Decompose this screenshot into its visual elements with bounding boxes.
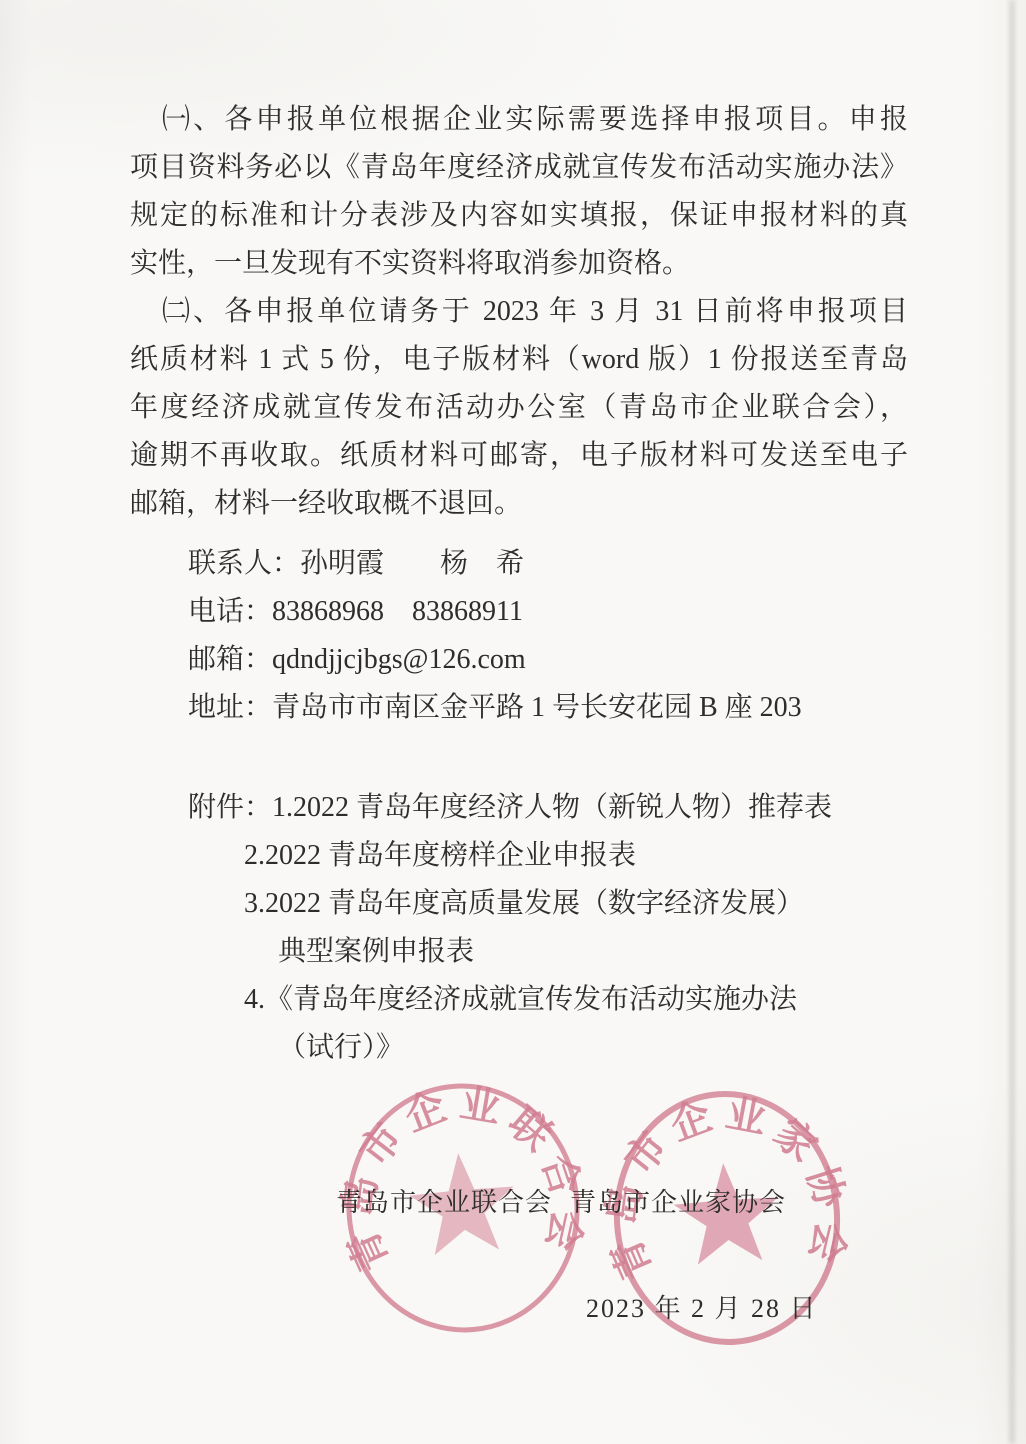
contact-phone-line: 电话：83868968 83868911 [188, 588, 908, 636]
org-name-association: 青岛市企业家协会 [570, 1181, 786, 1225]
attachment-line: 附件：1.2022 青岛年度经济人物（新锐人物）推荐表 [188, 784, 908, 832]
contact-address-line: 地址：青岛市市南区金平路 1 号长安花园 B 座 203 [188, 684, 908, 732]
document-body: ㈠、各申报单位根据企业实际需要选择申报项目。申报 项目资料务必以《青岛年度经济成… [130, 96, 908, 1072]
attachment-line: 4.《青岛年度经济成就宣传发布活动实施办法 [244, 976, 908, 1024]
paragraph2-line: 纸质材料 1 式 5 份，电子版材料（word 版）1 份报送至青岛 [130, 336, 908, 384]
org-name-federation: 青岛市企业联合会 [336, 1181, 552, 1225]
attachment-line: 2.2022 青岛年度榜样企业申报表 [244, 832, 908, 880]
contact-person-line: 联系人：孙明霞 杨 希 [188, 540, 908, 588]
paragraph2-line: 年度经济成就宣传发布活动办公室（青岛市企业联合会）， [130, 384, 908, 432]
signature-date: 2023 年 2 月 28 日 [586, 1288, 818, 1325]
signature-orgs: 青岛市企业联合会 青岛市企业家协会 [336, 1181, 786, 1225]
paragraph1-line: 项目资料务必以《青岛年度经济成就宣传发布活动实施办法》 [130, 144, 908, 192]
attachment-line: 典型案例申报表 [278, 928, 908, 976]
spacer [130, 732, 908, 784]
paragraph1-line: ㈠、各申报单位根据企业实际需要选择申报项目。申报 [130, 96, 908, 144]
attachment-line: 3.2022 青岛年度高质量发展（数字经济发展） [244, 880, 908, 928]
contact-block: 联系人：孙明霞 杨 希 电话：83868968 83868911 邮箱：qdnd… [130, 540, 908, 732]
paragraph2-line: ㈡、各申报单位请务于 2023 年 3 月 31 日前将申报项目 [130, 288, 908, 336]
attachments-block: 附件：1.2022 青岛年度经济人物（新锐人物）推荐表 2.2022 青岛年度榜… [130, 784, 908, 1072]
document-page: ㈠、各申报单位根据企业实际需要选择申报项目。申报 项目资料务必以《青岛年度经济成… [0, 0, 1026, 1444]
scan-artifact-line [1009, 0, 1015, 1444]
paragraph2-line: 逾期不再收取。纸质材料可邮寄，电子版材料可发送至电子 [130, 432, 908, 480]
paragraph1-line: 规定的标准和计分表涉及内容如实填报，保证申报材料的真 [130, 192, 908, 240]
attachment-line: （试行）》 [278, 1024, 908, 1072]
contact-email-line: 邮箱：qdndjjcjbgs@126.com [188, 636, 908, 684]
paragraph2-line: 邮箱，材料一经收取概不退回。 [130, 480, 908, 528]
paragraph1-line: 实性，一旦发现有不实资料将取消参加资格。 [130, 240, 908, 288]
